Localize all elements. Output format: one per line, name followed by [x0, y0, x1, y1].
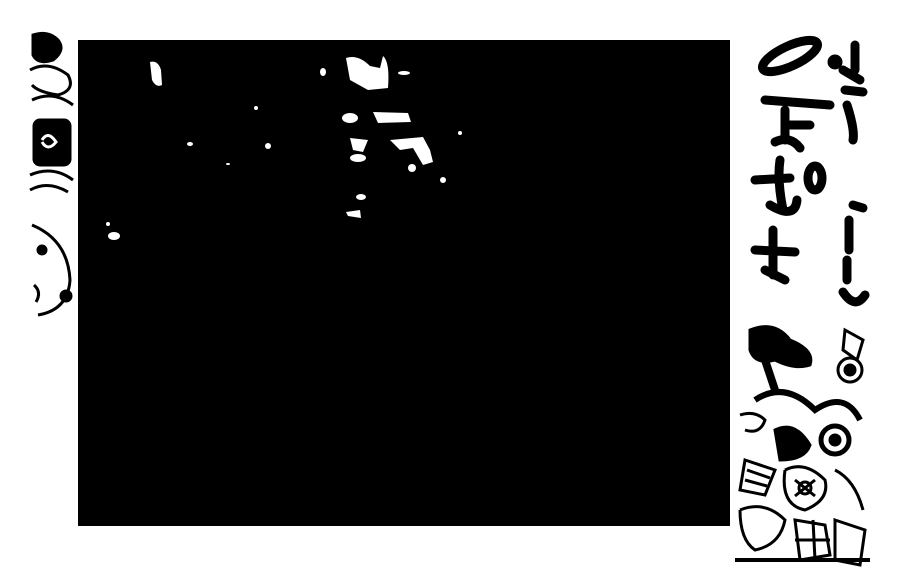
doodle-art	[735, 320, 870, 570]
handwritten-text	[735, 30, 870, 330]
right-margin-art	[735, 30, 870, 540]
scanned-page	[0, 0, 900, 570]
photo-image	[78, 40, 730, 526]
left-doodle-art	[28, 30, 78, 320]
photo-highlights	[78, 40, 730, 526]
